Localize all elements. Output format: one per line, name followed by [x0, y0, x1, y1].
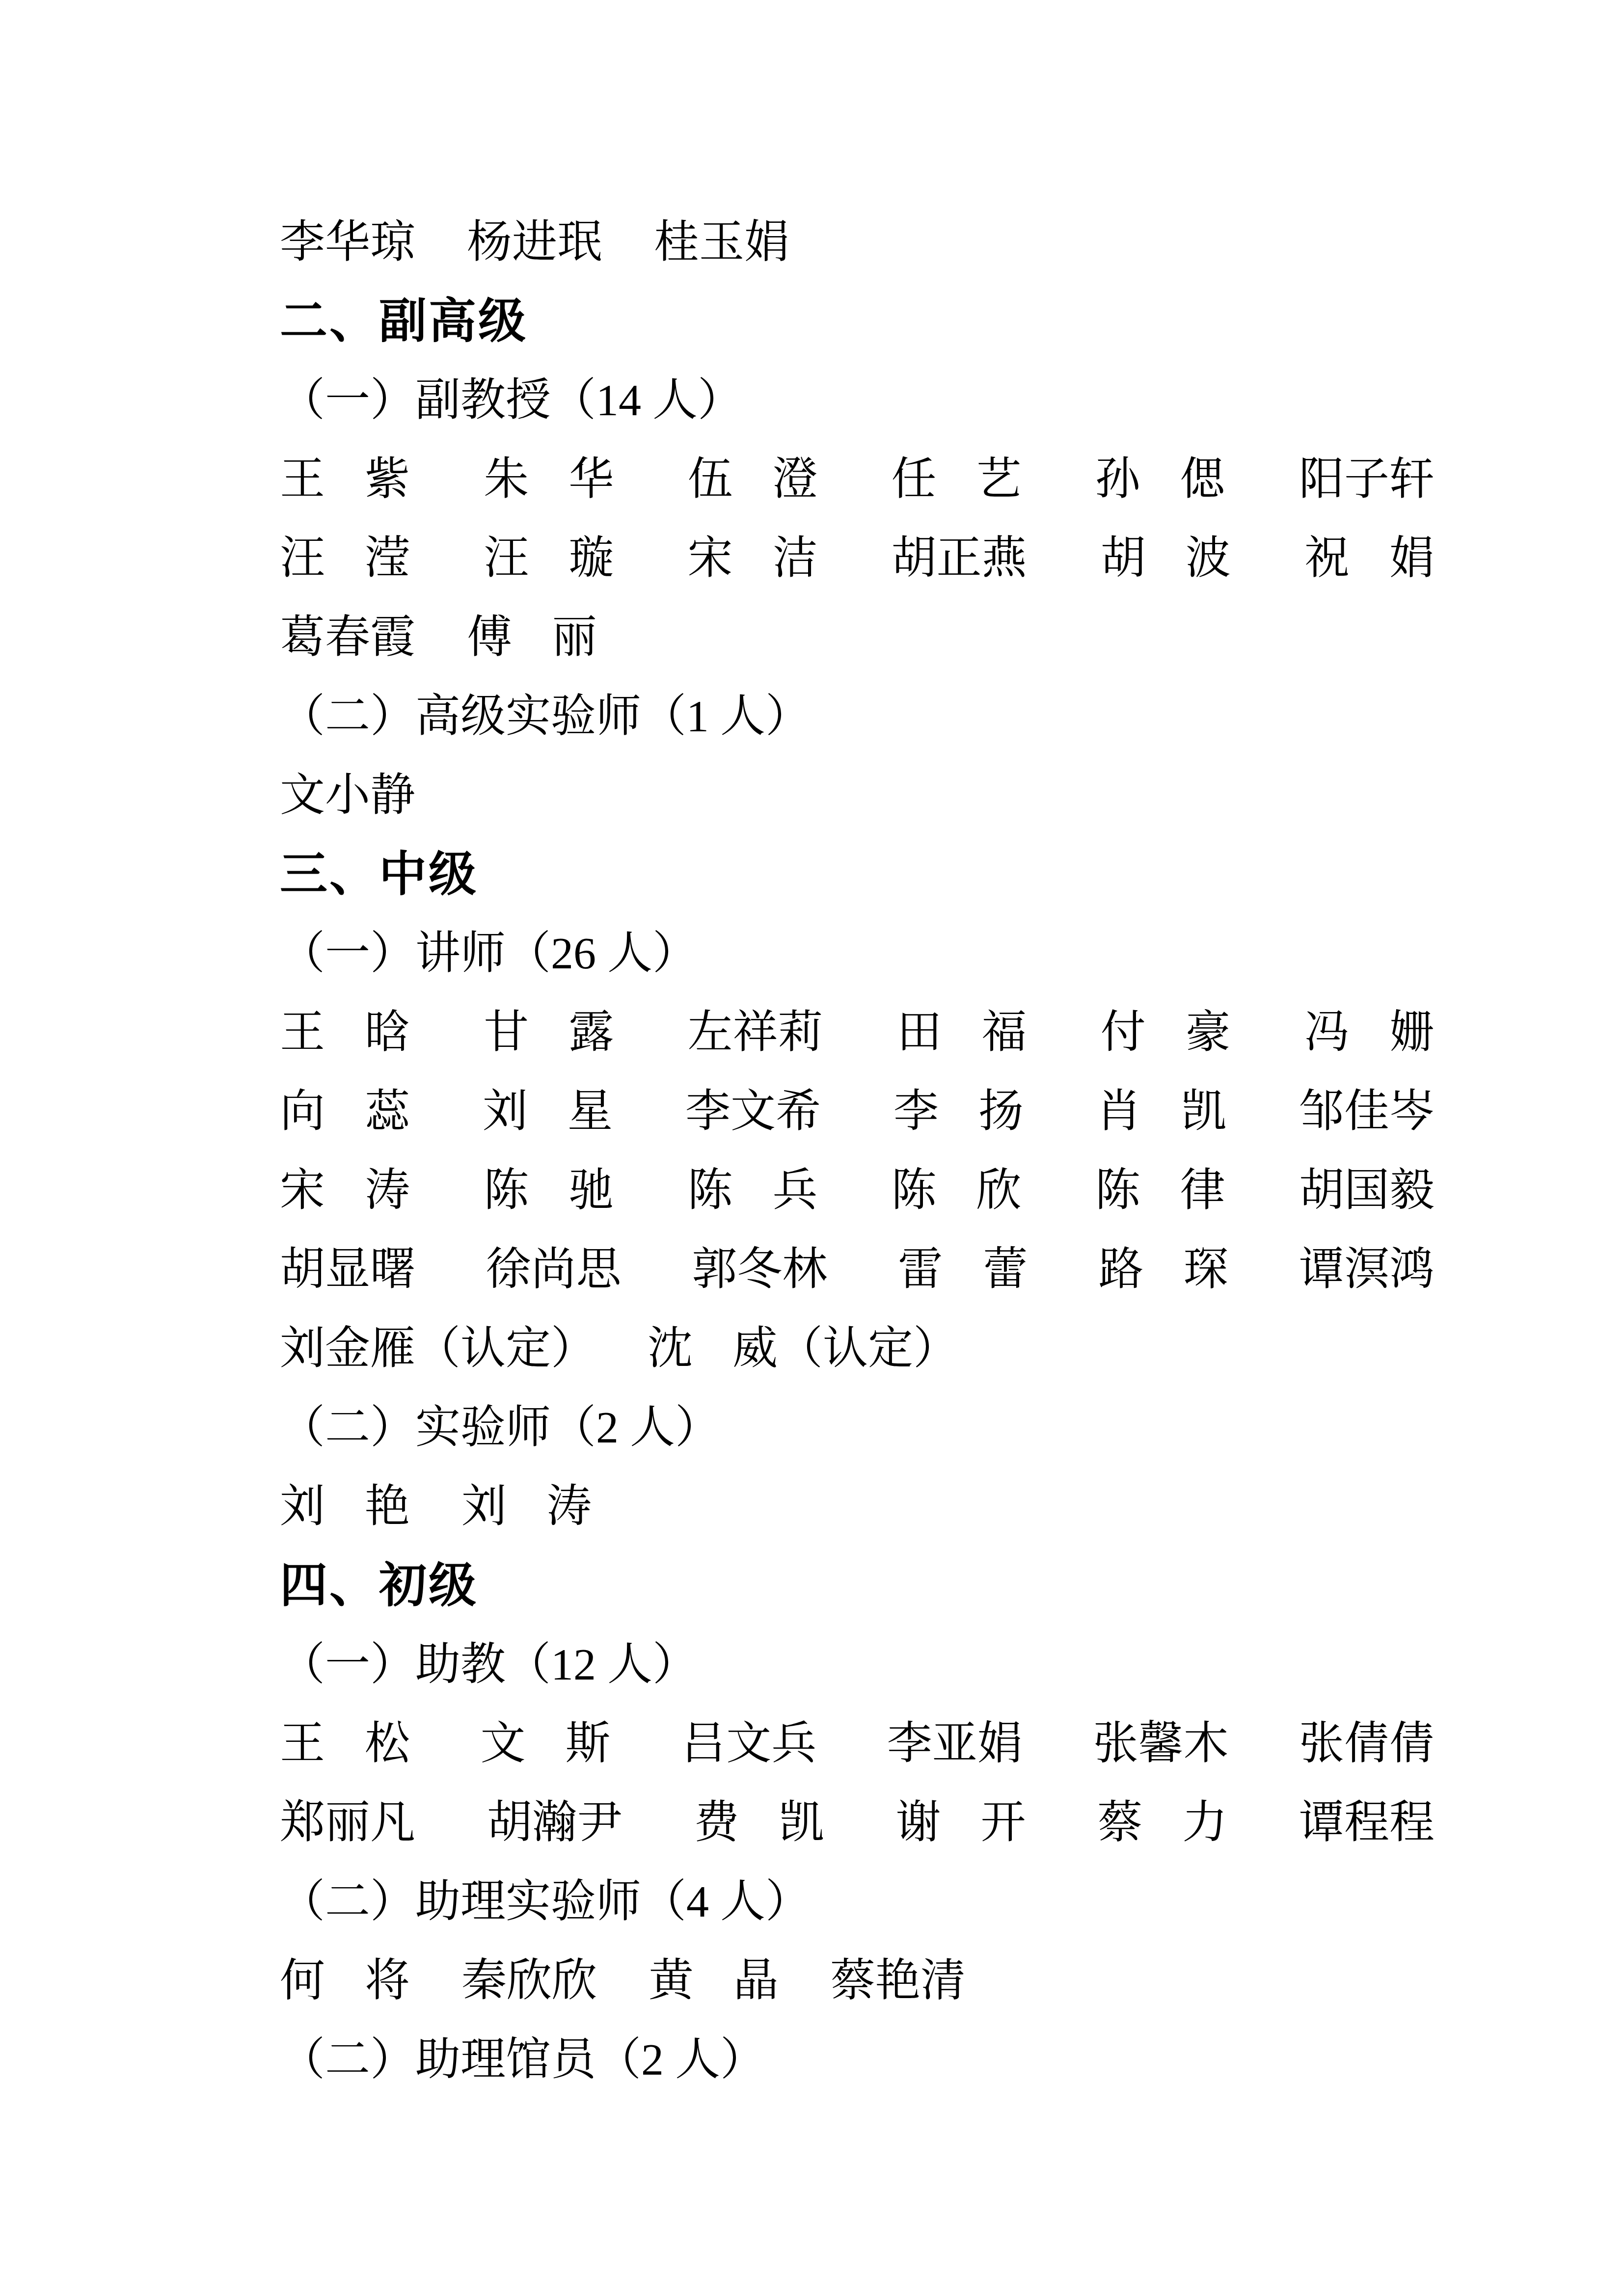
person-name: 左祥莉	[687, 1010, 823, 1055]
person-name: 傅 丽	[467, 614, 597, 660]
names-row: 王 松 文 斯 吕文兵 李亚娟 张馨木 张倩倩	[280, 1704, 1435, 1783]
person-name: 祝 娟	[1304, 535, 1435, 581]
person-name: 蔡艳清	[830, 1958, 966, 2003]
person-name: 伍 澄	[687, 456, 817, 502]
person-name: 王 松	[280, 1721, 410, 1766]
document-content: 李华琼 杨进珉 桂玉娟 二、副高级 （一）副教授（14 人） 王 紫 朱 华 伍…	[280, 202, 1435, 2099]
person-name: 文 斯	[481, 1721, 611, 1766]
subsection-heading: （二）高级实验师（1 人）	[280, 676, 1435, 755]
section-heading: 二、副高级	[280, 281, 1435, 360]
person-name: 何 将	[280, 1958, 410, 2003]
person-name: 冯 姗	[1304, 1010, 1435, 1055]
person-name: 宋 涛	[280, 1168, 410, 1213]
person-name: 陈 驰	[484, 1168, 614, 1213]
person-name: 甘 露	[484, 1010, 614, 1055]
person-name: 陈 欣	[892, 1168, 1022, 1213]
subsection-heading: （二）实验师（2 人）	[280, 1388, 1435, 1467]
person-name: 吕文兵	[681, 1721, 816, 1766]
person-name: 宋 洁	[687, 535, 817, 581]
subsection-heading: （一）助教（12 人）	[280, 1625, 1435, 1704]
subsection-heading: （二）助理馆员（2 人）	[280, 2020, 1435, 2099]
person-name: 田 福	[897, 1010, 1027, 1055]
person-name: 向 蕊	[280, 1089, 410, 1134]
person-name: 李 扬	[893, 1089, 1024, 1134]
person-name: 谢 开	[895, 1800, 1026, 1845]
person-name: 秦欣欣	[461, 1958, 597, 2003]
person-name: 李华琼	[280, 219, 415, 265]
names-row: 宋 涛 陈 驰 陈 兵 陈 欣 陈 律 胡国毅	[280, 1150, 1435, 1229]
person-name: 陈 律	[1095, 1168, 1225, 1213]
names-row: 汪 滢 汪 璇 宋 洁 胡正燕 胡 波 祝 娟	[280, 518, 1435, 597]
person-name: 汪 璇	[484, 535, 614, 581]
person-name: 文小静	[280, 773, 415, 818]
names-row: 胡显曙 徐尚思 郭冬林 雷 蕾 路 琛 谭溟鸿	[280, 1229, 1435, 1308]
person-name: 李文希	[685, 1089, 821, 1134]
person-name: 胡正燕	[892, 535, 1027, 581]
names-row: 郑丽凡 胡瀚尹 费 凯 谢 开 蔡 力 谭程程	[280, 1783, 1435, 1862]
names-row: 何 将 秦欣欣 黄 晶 蔡艳清	[280, 1941, 1435, 2020]
subsection-heading: （二）助理实验师（4 人）	[280, 1862, 1435, 1941]
person-name: 沈 威（认定）	[648, 1326, 958, 1371]
names-row: 王 晗 甘 露 左祥莉 田 福 付 豪 冯 姗	[280, 992, 1435, 1071]
names-row: 李华琼 杨进珉 桂玉娟	[280, 202, 1435, 281]
person-name: 杨进珉	[467, 219, 602, 265]
person-name: 陈 兵	[687, 1168, 817, 1213]
person-name: 李亚娟	[887, 1721, 1023, 1766]
person-name: 胡显曙	[280, 1247, 415, 1292]
person-name: 孙 偲	[1095, 456, 1225, 502]
person-name: 肖 凯	[1096, 1089, 1226, 1134]
document-page: 李华琼 杨进珉 桂玉娟 二、副高级 （一）副教授（14 人） 王 紫 朱 华 伍…	[0, 0, 1624, 2296]
person-name: 谭程程	[1299, 1800, 1435, 1845]
person-name: 刘 艳	[280, 1484, 410, 1529]
person-name: 胡 波	[1101, 535, 1231, 581]
names-row: 刘 艳 刘 涛	[280, 1467, 1435, 1546]
section-heading: 四、初级	[280, 1546, 1435, 1625]
person-name: 路 琛	[1098, 1247, 1228, 1292]
person-name: 胡国毅	[1299, 1168, 1435, 1213]
person-name: 郑丽凡	[280, 1800, 415, 1845]
names-row: 刘金雁（认定） 沈 威（认定）	[280, 1308, 1435, 1388]
names-row: 葛春霞 傅 丽	[280, 597, 1435, 676]
subsection-heading: （一）副教授（14 人）	[280, 360, 1435, 439]
person-name: 黄 晶	[649, 1958, 779, 2003]
person-name: 刘 星	[483, 1089, 613, 1134]
subsection-heading: （一）讲师（26 人）	[280, 913, 1435, 992]
person-name: 徐尚思	[486, 1247, 622, 1292]
names-row: 向 蕊 刘 星 李文希 李 扬 肖 凯 邹佳岑	[280, 1071, 1435, 1150]
person-name: 费 凯	[694, 1800, 824, 1845]
person-name: 王 晗	[280, 1010, 410, 1055]
person-name: 葛春霞	[280, 614, 415, 660]
person-name: 任 艺	[892, 456, 1022, 502]
person-name: 汪 滢	[280, 535, 410, 581]
person-name: 邹佳岑	[1299, 1089, 1435, 1134]
person-name: 朱 华	[484, 456, 614, 502]
names-row: 文小静	[280, 755, 1435, 834]
person-name: 雷 蕾	[898, 1247, 1028, 1292]
person-name: 刘金雁（认定）	[280, 1326, 596, 1371]
person-name: 郭冬林	[692, 1247, 827, 1292]
person-name: 刘 涛	[461, 1484, 592, 1529]
person-name: 张馨木	[1093, 1721, 1228, 1766]
names-row: 王 紫 朱 华 伍 澄 任 艺 孙 偲 阳子轩	[280, 439, 1435, 518]
person-name: 付 豪	[1101, 1010, 1231, 1055]
person-name: 胡瀚尹	[487, 1800, 623, 1845]
person-name: 谭溟鸿	[1299, 1247, 1435, 1292]
person-name: 王 紫	[280, 456, 410, 502]
person-name: 蔡 力	[1097, 1800, 1227, 1845]
person-name: 阳子轩	[1299, 456, 1435, 502]
person-name: 张倩倩	[1299, 1721, 1435, 1766]
person-name: 桂玉娟	[654, 219, 789, 265]
section-heading: 三、中级	[280, 834, 1435, 913]
